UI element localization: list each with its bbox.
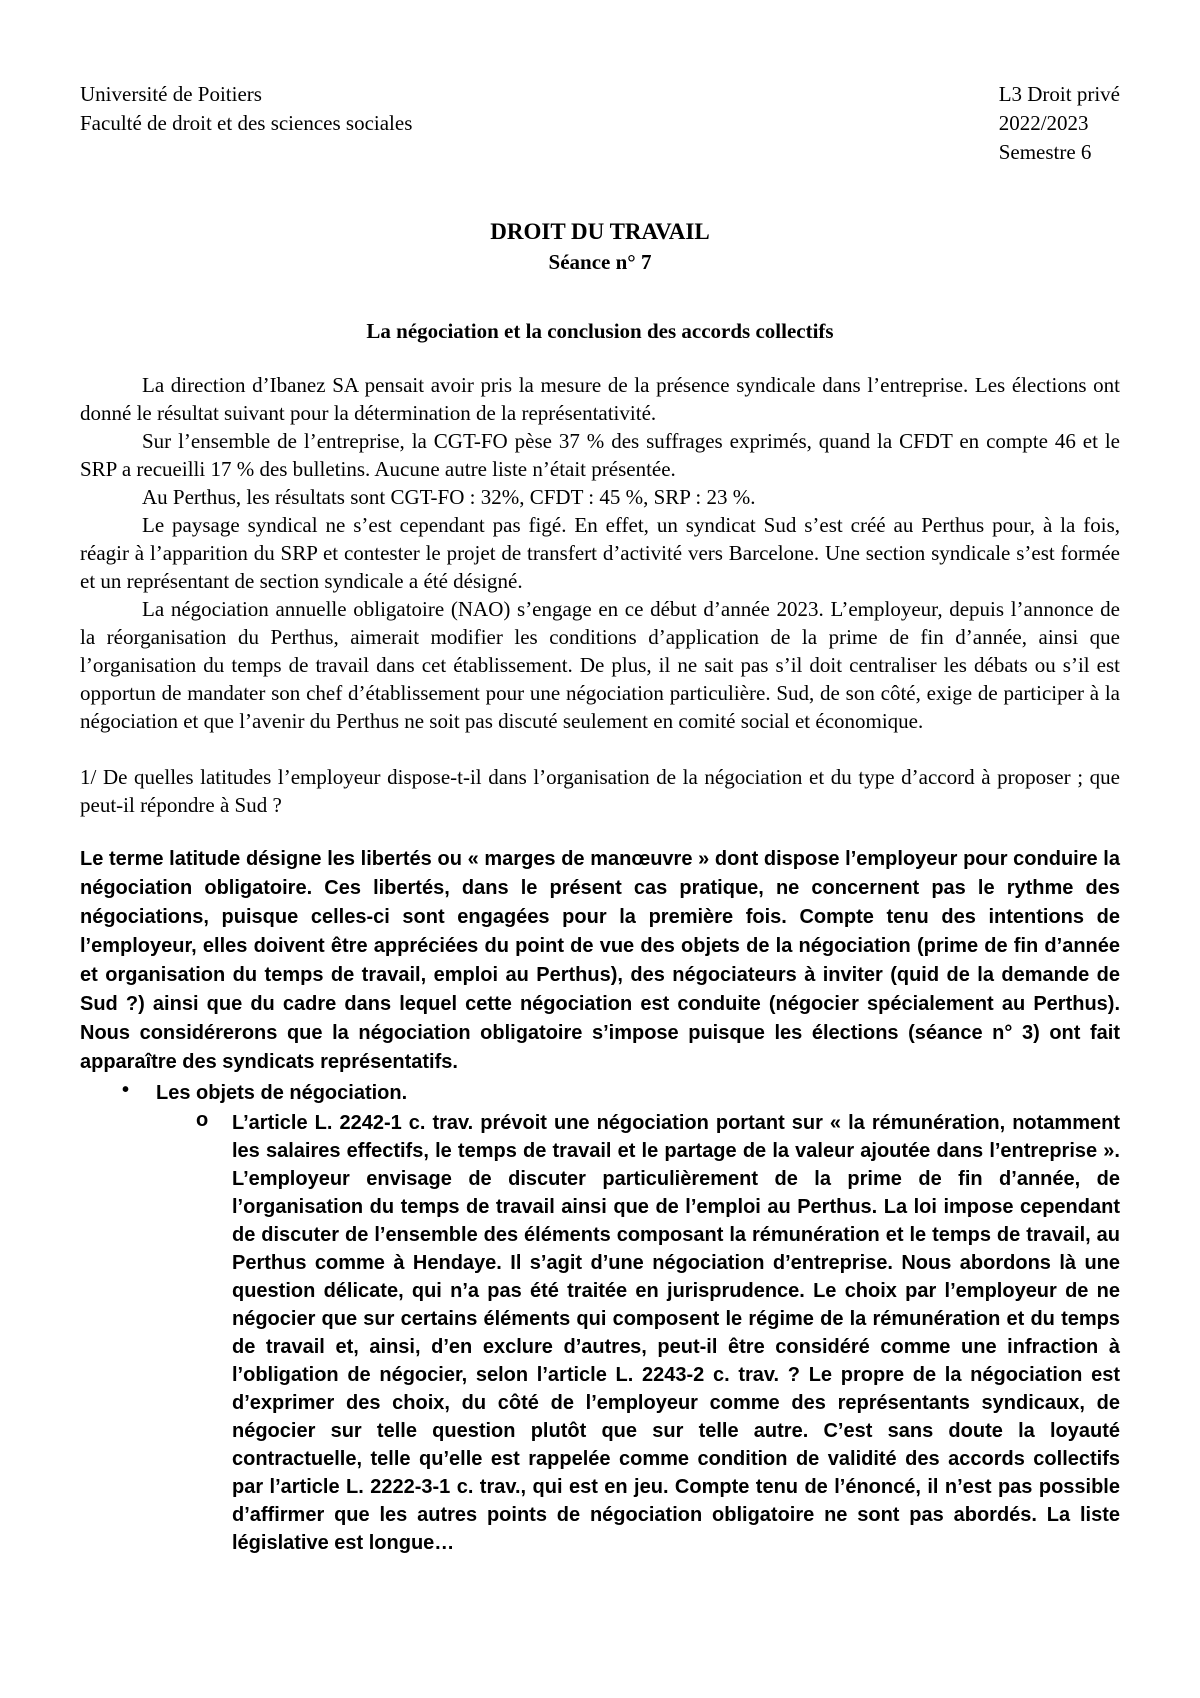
case-paragraph-4: Le paysage syndical ne s’est cependant p… bbox=[80, 511, 1120, 595]
header-right-block: L3 Droit privé 2022/2023 Semestre 6 bbox=[999, 80, 1120, 167]
case-paragraph-1: La direction d’Ibanez SA pensait avoir p… bbox=[80, 371, 1120, 427]
bullet-label: Les objets de négociation. bbox=[156, 1079, 1120, 1107]
case-paragraph-3: Au Perthus, les résultats sont CGT-FO : … bbox=[80, 483, 1120, 511]
header-left-block: Université de Poitiers Faculté de droit … bbox=[80, 80, 412, 138]
sub-bullet-marker: o bbox=[196, 1109, 232, 1132]
program-name: L3 Droit privé bbox=[999, 80, 1120, 109]
topic-title: La négociation et la conclusion des acco… bbox=[80, 317, 1120, 345]
bullet-marker: • bbox=[122, 1079, 156, 1102]
document-header: Université de Poitiers Faculté de droit … bbox=[80, 80, 1120, 167]
document-page: Université de Poitiers Faculté de droit … bbox=[0, 0, 1200, 1698]
faculty-name: Faculté de droit et des sciences sociale… bbox=[80, 109, 412, 138]
answer-section: Le terme latitude désigne les libertés o… bbox=[80, 845, 1120, 1557]
answer-intro-paragraph: Le terme latitude désigne les libertés o… bbox=[80, 845, 1120, 1077]
question-1: 1/ De quelles latitudes l’employeur disp… bbox=[80, 763, 1120, 819]
title-block: DROIT DU TRAVAIL Séance n° 7 bbox=[80, 217, 1120, 277]
session-number: Séance n° 7 bbox=[80, 247, 1120, 277]
institution-name: Université de Poitiers bbox=[80, 80, 412, 109]
bullet-item-objets: • Les objets de négociation. bbox=[80, 1079, 1120, 1107]
semester-label: Semestre 6 bbox=[999, 138, 1120, 167]
academic-year: 2022/2023 bbox=[999, 109, 1120, 138]
case-paragraph-5: La négociation annuelle obligatoire (NAO… bbox=[80, 595, 1120, 735]
case-paragraph-2: Sur l’ensemble de l’entreprise, la CGT-F… bbox=[80, 427, 1120, 483]
sub-bullet-text: L’article L. 2242-1 c. trav. prévoit une… bbox=[232, 1109, 1120, 1557]
case-statement: La direction d’Ibanez SA pensait avoir p… bbox=[80, 371, 1120, 735]
course-title: DROIT DU TRAVAIL bbox=[80, 217, 1120, 247]
sub-bullet-item-article: o L’article L. 2242-1 c. trav. prévoit u… bbox=[80, 1109, 1120, 1557]
